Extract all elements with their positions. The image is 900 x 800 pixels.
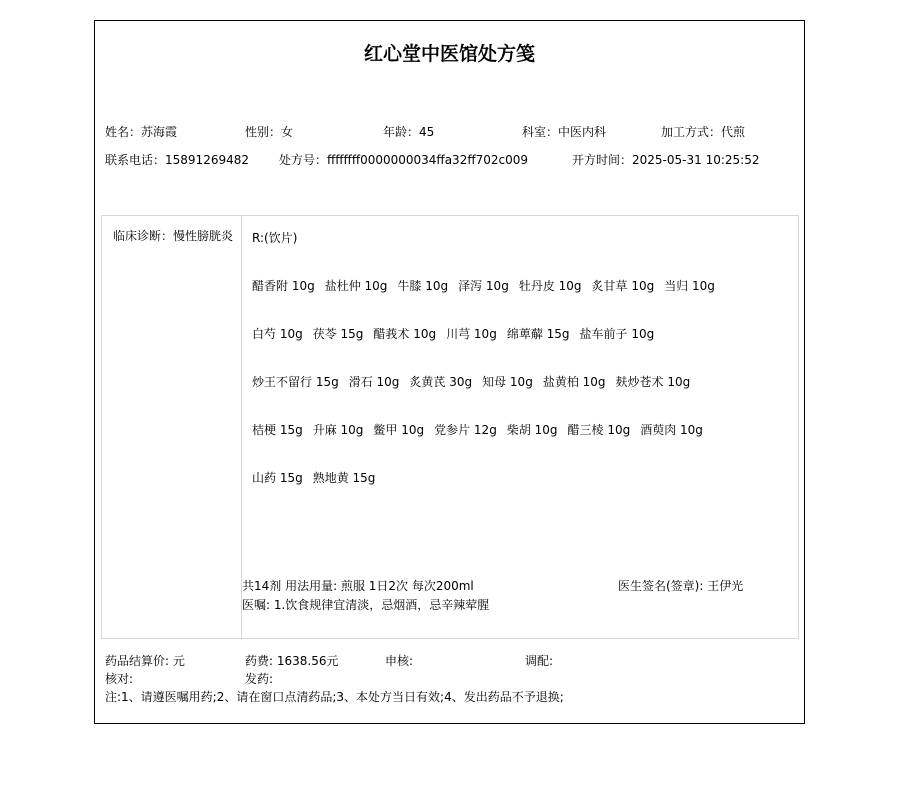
herb-item: 炙黄芪 30g — [409, 375, 472, 389]
herb-item: 麸炒苍术 10g — [616, 375, 691, 389]
herb-item: 醋三棱 10g — [568, 423, 631, 437]
check: 核对: — [105, 670, 133, 687]
herb-item: 醋莪术 10g — [373, 327, 436, 341]
doctor-signature: 医生签名(签章): 王伊光 — [618, 577, 743, 594]
herb-line-1: 醋香附 10g盐杜仲 10g牛膝 10g泽泻 10g牡丹皮 10g炙甘草 10g… — [252, 277, 725, 294]
herb-item: 当归 10g — [664, 279, 715, 293]
usage-dosage: 共14剂 用法用量: 煎服 1日2次 每次200ml — [242, 577, 474, 594]
herb-line-4: 桔梗 15g升麻 10g鳖甲 10g党参片 12g柴胡 10g醋三棱 10g酒萸… — [252, 421, 713, 438]
herb-item: 桔梗 15g — [252, 423, 303, 437]
patient-phone: 联系电话：15891269482 — [105, 151, 249, 168]
herb-line-5: 山药 15g熟地黄 15g — [252, 469, 385, 486]
review: 申核: — [385, 652, 413, 669]
herb-item: 山药 15g — [252, 471, 303, 485]
herb-item: 白芍 10g — [252, 327, 303, 341]
diagnosis-label: 临床诊断： — [113, 229, 173, 243]
herb-item: 醋香附 10g — [252, 279, 315, 293]
column-divider — [241, 216, 242, 638]
settle-price: 药品结算价: 元 — [105, 652, 185, 669]
herb-item: 泽泻 10g — [458, 279, 509, 293]
drug-fee: 药费: 1638.56元 — [245, 652, 338, 669]
herb-line-2: 白芍 10g茯苓 15g醋莪术 10g川芎 10g绵萆薢 15g盐车前子 10g — [252, 325, 664, 342]
herb-item: 盐杜仲 10g — [325, 279, 388, 293]
age-value: 45 — [419, 125, 434, 139]
patient-age: 年龄：45 — [383, 123, 434, 140]
rx-time-label: 开方时间： — [572, 153, 632, 167]
herb-item: 牡丹皮 10g — [519, 279, 582, 293]
signature-value: 王伊光 — [707, 579, 743, 593]
dept-value: 中医内科 — [558, 125, 606, 139]
herb-item: 熟地黄 15g — [313, 471, 376, 485]
page-title: 红心堂中医馆处方笺 — [95, 39, 804, 66]
herb-item: 绵萆薢 15g — [507, 327, 570, 341]
rx-time-value: 2025-05-31 10:25:52 — [632, 153, 759, 167]
signature-label: 医生签名(签章): — [618, 579, 707, 593]
phone-label: 联系电话： — [105, 153, 165, 167]
herb-item: 酒萸肉 10g — [640, 423, 703, 437]
herb-line-3: 炒王不留行 15g滑石 10g炙黄芪 30g知母 10g盐黄柏 10g麸炒苍术 … — [252, 373, 700, 390]
herb-item: 盐黄柏 10g — [543, 375, 606, 389]
issue: 发药: — [245, 670, 273, 687]
process-label: 加工方式： — [661, 125, 721, 139]
notes: 注:1、请遵医嘱用药;2、请在窗口点清药品;3、本处方当日有效;4、发出药品不予… — [105, 688, 564, 705]
gender-label: 性别： — [245, 125, 281, 139]
dispense: 调配: — [525, 652, 553, 669]
dept-label: 科室： — [522, 125, 558, 139]
herb-item: 柴胡 10g — [507, 423, 558, 437]
clinical-diagnosis: 临床诊断：慢性膀胱炎 — [113, 228, 239, 245]
gender-value: 女 — [281, 125, 293, 139]
prescription-time: 开方时间：2025-05-31 10:25:52 — [572, 151, 759, 168]
rx-header: R:(饮片) — [252, 229, 297, 246]
phone-value: 15891269482 — [165, 153, 249, 167]
patient-gender: 性别：女 — [245, 123, 293, 140]
herb-item: 盐车前子 10g — [580, 327, 655, 341]
herb-item: 茯苓 15g — [313, 327, 364, 341]
herb-item: 党参片 12g — [434, 423, 497, 437]
patient-name: 姓名：苏海霞 — [105, 123, 177, 140]
prescription-number: 处方号：ffffffff0000000034ffa32ff702c009 — [279, 151, 528, 168]
name-value: 苏海霞 — [141, 125, 177, 139]
herb-item: 炒王不留行 15g — [252, 375, 339, 389]
department: 科室：中医内科 — [522, 123, 606, 140]
herb-item: 川芎 10g — [446, 327, 497, 341]
name-label: 姓名： — [105, 125, 141, 139]
process-method: 加工方式：代煎 — [661, 123, 745, 140]
process-value: 代煎 — [721, 125, 745, 139]
prescription-sheet: 红心堂中医馆处方笺 姓名：苏海霞 性别：女 年龄：45 科室：中医内科 加工方式… — [94, 20, 805, 724]
prescription-table: 临床诊断：慢性膀胱炎 R:(饮片) 醋香附 10g盐杜仲 10g牛膝 10g泽泻… — [101, 215, 799, 639]
herb-item: 滑石 10g — [349, 375, 400, 389]
rx-no-label: 处方号： — [279, 153, 327, 167]
medical-advice: 医嘱: 1.饮食规律宜清淡，忌烟酒，忌辛辣荤腥 — [242, 596, 489, 613]
age-label: 年龄： — [383, 125, 419, 139]
herb-item: 牛膝 10g — [397, 279, 448, 293]
herb-item: 鳖甲 10g — [373, 423, 424, 437]
diagnosis-value: 慢性膀胱炎 — [173, 229, 233, 243]
herb-item: 炙甘草 10g — [592, 279, 655, 293]
rx-no-value: ffffffff0000000034ffa32ff702c009 — [327, 153, 528, 167]
herb-item: 知母 10g — [482, 375, 533, 389]
herb-item: 升麻 10g — [313, 423, 364, 437]
